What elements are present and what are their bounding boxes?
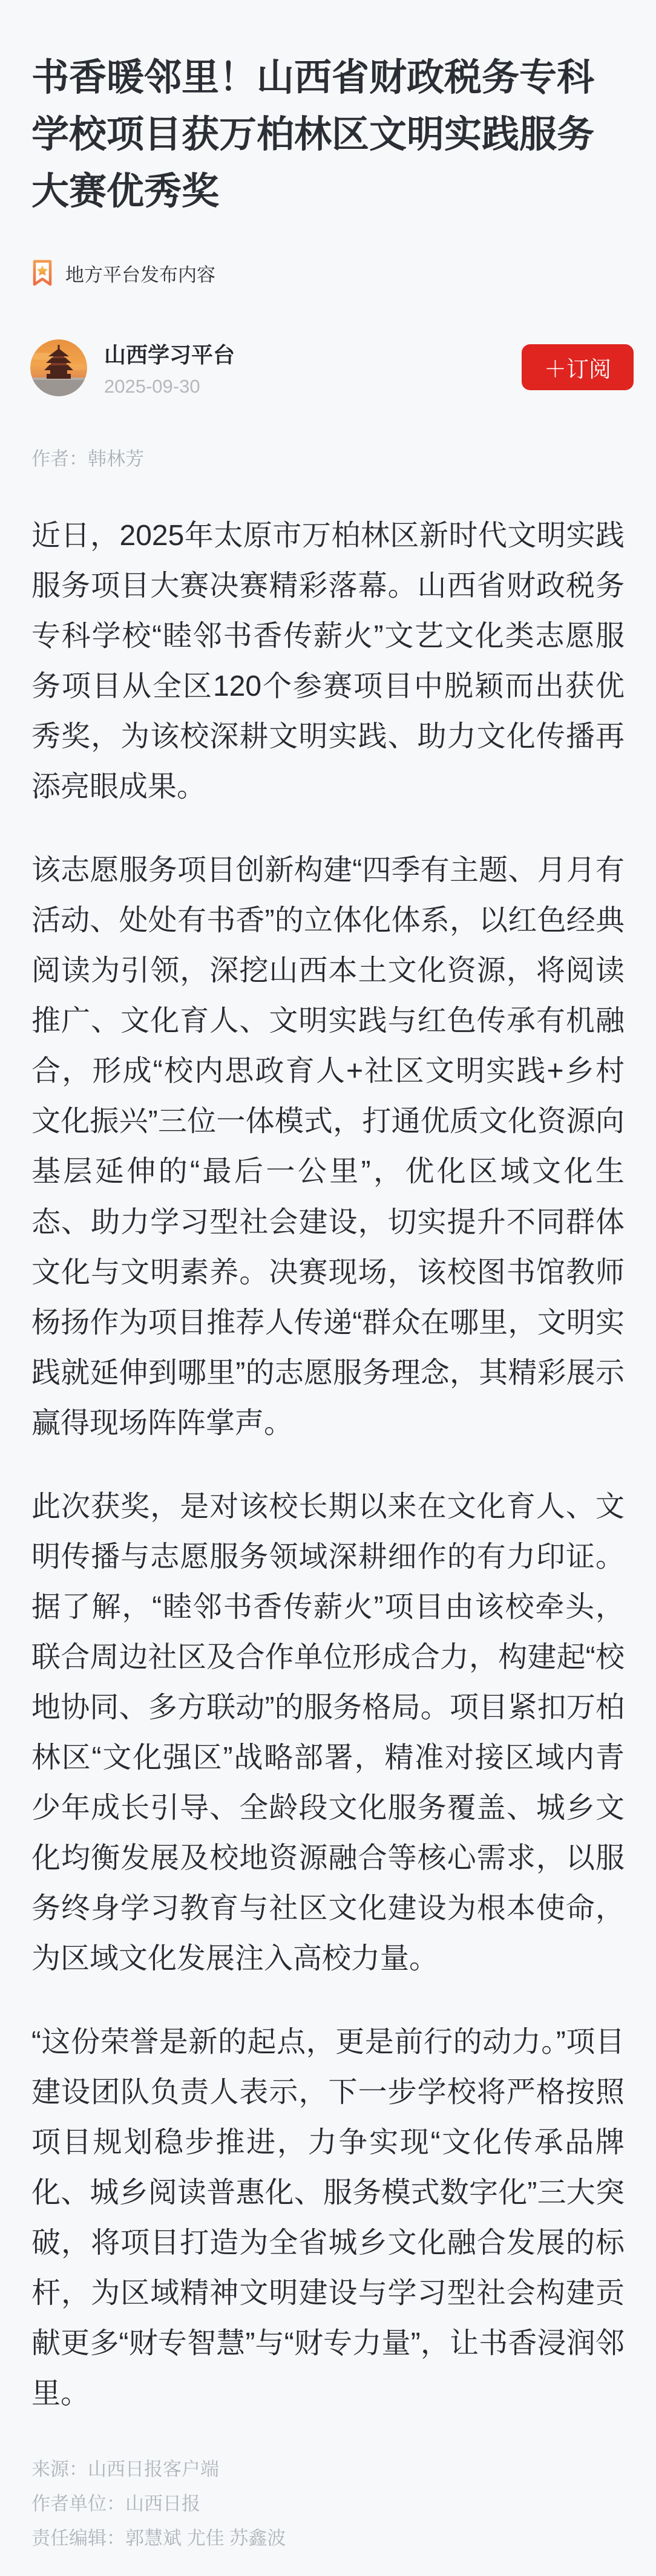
publisher-card: 山西学习平台 2025-09-30 ＋订阅 bbox=[30, 339, 634, 397]
publisher-name: 山西学习平台 bbox=[104, 342, 235, 368]
bookmark-star-icon bbox=[31, 260, 53, 287]
editors-line: 责任编辑：郭慧斌 尤佳 苏鑫波 bbox=[31, 2521, 625, 2555]
author-unit-line: 作者单位：山西日报 bbox=[31, 2486, 625, 2521]
paragraph-4: “这份荣誉是新的起点，更是前行的动力。”项目建设团队负责人表示，下一步学校将严格… bbox=[31, 2017, 625, 2419]
publisher-avatar[interactable] bbox=[30, 339, 87, 396]
article-title: 书香暖邻里！山西省财政税务专科学校项目获万柏林区文明实践服务大赛优秀奖 bbox=[31, 0, 625, 221]
publish-date: 2025-09-30 bbox=[104, 375, 235, 397]
paragraph-3: 此次获奖，是对该校长期以来在文化育人、文明传播与志愿服务领域深耕细作的有力印证。… bbox=[31, 1482, 625, 1984]
source-line: 来源：山西日报客户端 bbox=[31, 2452, 625, 2486]
article-page: 书香暖邻里！山西省财政税务专科学校项目获万柏林区文明实践服务大赛优秀奖 地方平台… bbox=[0, 0, 656, 2576]
paragraph-1: 近日，2025年太原市万柏林区新时代文明实践服务项目大赛决赛精彩落幕。山西省财政… bbox=[31, 511, 625, 812]
article-footer: 来源：山西日报客户端 作者单位：山西日报 责任编辑：郭慧斌 尤佳 苏鑫波 bbox=[31, 2452, 625, 2576]
article-body: 近日，2025年太原市万柏林区新时代文明实践服务项目大赛决赛精彩落幕。山西省财政… bbox=[31, 511, 625, 2419]
publisher-info: 山西学习平台 2025-09-30 bbox=[104, 342, 235, 397]
badge-label: 地方平台发布内容 bbox=[65, 260, 215, 287]
subscribe-button[interactable]: ＋订阅 bbox=[522, 344, 634, 390]
paragraph-2: 该志愿服务项目创新构建“四季有主题、月月有活动、处处有书香”的立体化体系，以红色… bbox=[31, 845, 625, 1448]
author-line: 作者：韩林芳 bbox=[31, 446, 625, 472]
platform-badge: 地方平台发布内容 bbox=[31, 260, 625, 287]
